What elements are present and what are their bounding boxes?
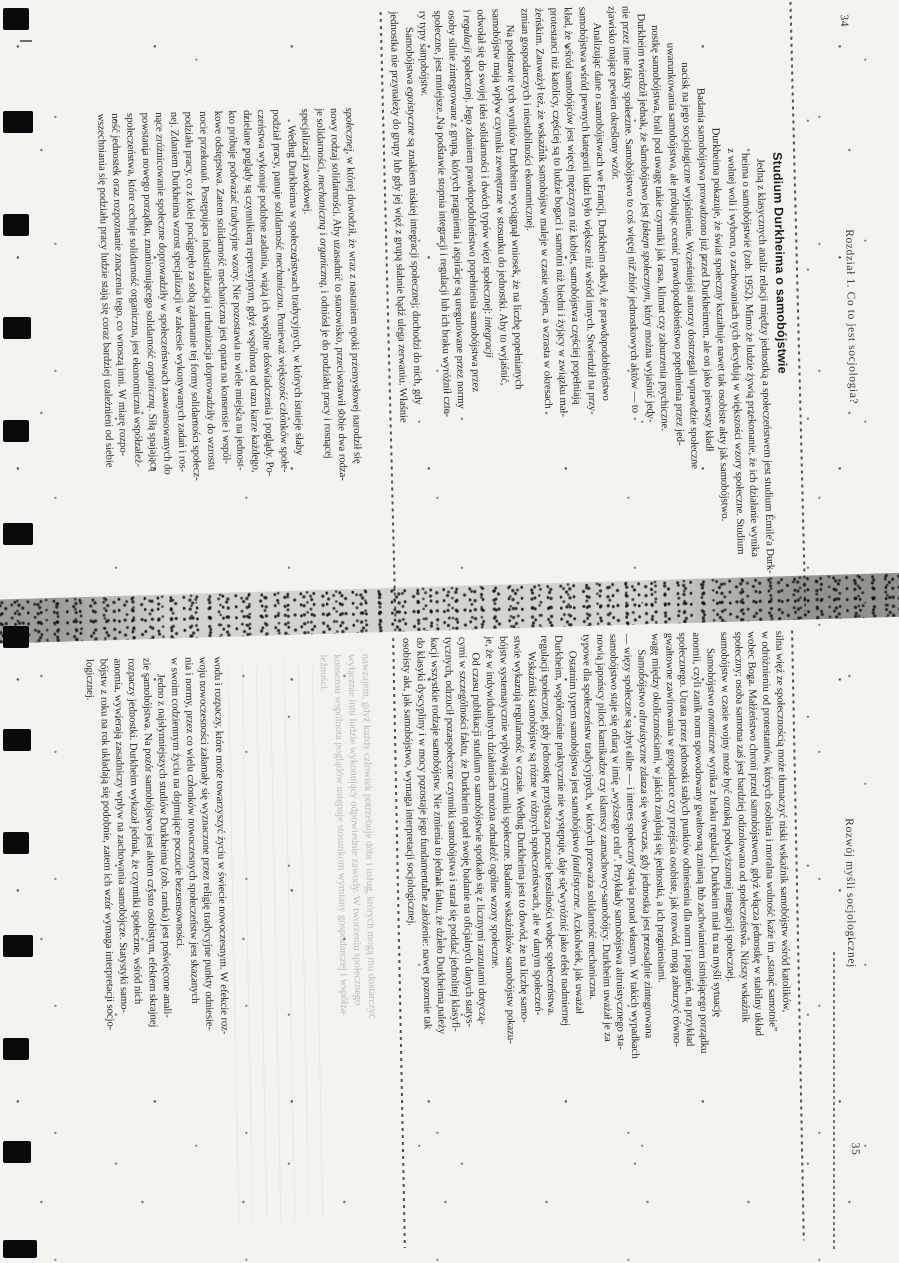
film-strip-mark <box>3 729 31 751</box>
chapter-title: Rozdział 1. Co to jest socjologia? <box>838 27 864 606</box>
faded-text-35: nawzajem, gdyż każdy człowiek potrzebuje… <box>316 654 383 1250</box>
durkheim-suicide-box: Studium Durkheima o samobójstwie Jedną z… <box>380 2 807 622</box>
film-strip-mark <box>3 8 29 30</box>
film-strip-mark <box>3 1240 37 1258</box>
scanned-book-spread: 34 Rozdział 1. Co to jest socjologia? St… <box>0 0 899 1263</box>
page-34: 34 Rozdział 1. Co to jest socjologia? St… <box>50 0 865 629</box>
box-text-35: silna więź ze społecznością może tłumacz… <box>399 631 797 1248</box>
film-strip-mark <box>3 111 33 133</box>
page-number-35: 35 <box>849 1143 861 1156</box>
film-strip-mark <box>3 317 31 339</box>
film-strip-mark <box>3 935 33 957</box>
film-strip-mark <box>3 626 29 648</box>
film-strip-mark <box>3 214 29 236</box>
film-strip-mark <box>3 1141 31 1163</box>
running-head-34: 34 Rozdział 1. Co to jest socjologia? <box>831 0 864 610</box>
main-text-35: wodu i rozpaczy, które może towarzyszyć … <box>82 656 235 1254</box>
paper-edge-artifact <box>833 952 835 1252</box>
film-strip-mark <box>3 420 29 442</box>
main-text-34: społecznej, w której dowodził, że wraz z… <box>93 107 368 628</box>
box-text-34: Jedną z klasycznych analiz relacji międz… <box>387 2 779 621</box>
illegible-faded-region <box>226 660 323 1222</box>
page-number-34: 34 <box>838 14 850 27</box>
film-strip-mark <box>3 832 29 854</box>
section-title: Rozwój myśli socjologicznej <box>839 643 861 1142</box>
film-strip-mark <box>3 523 33 545</box>
film-strip-mark <box>3 1038 29 1060</box>
durkheim-suicide-box-continued: silna więź ze społecznością może tłumacz… <box>392 630 805 1248</box>
running-head-35: Rozwój myśli socjologicznej 35 <box>833 629 863 1239</box>
film-strip-marks <box>0 0 40 1263</box>
page-35: Rozwój myśli socjologicznej 35 silna wię… <box>51 629 863 1254</box>
